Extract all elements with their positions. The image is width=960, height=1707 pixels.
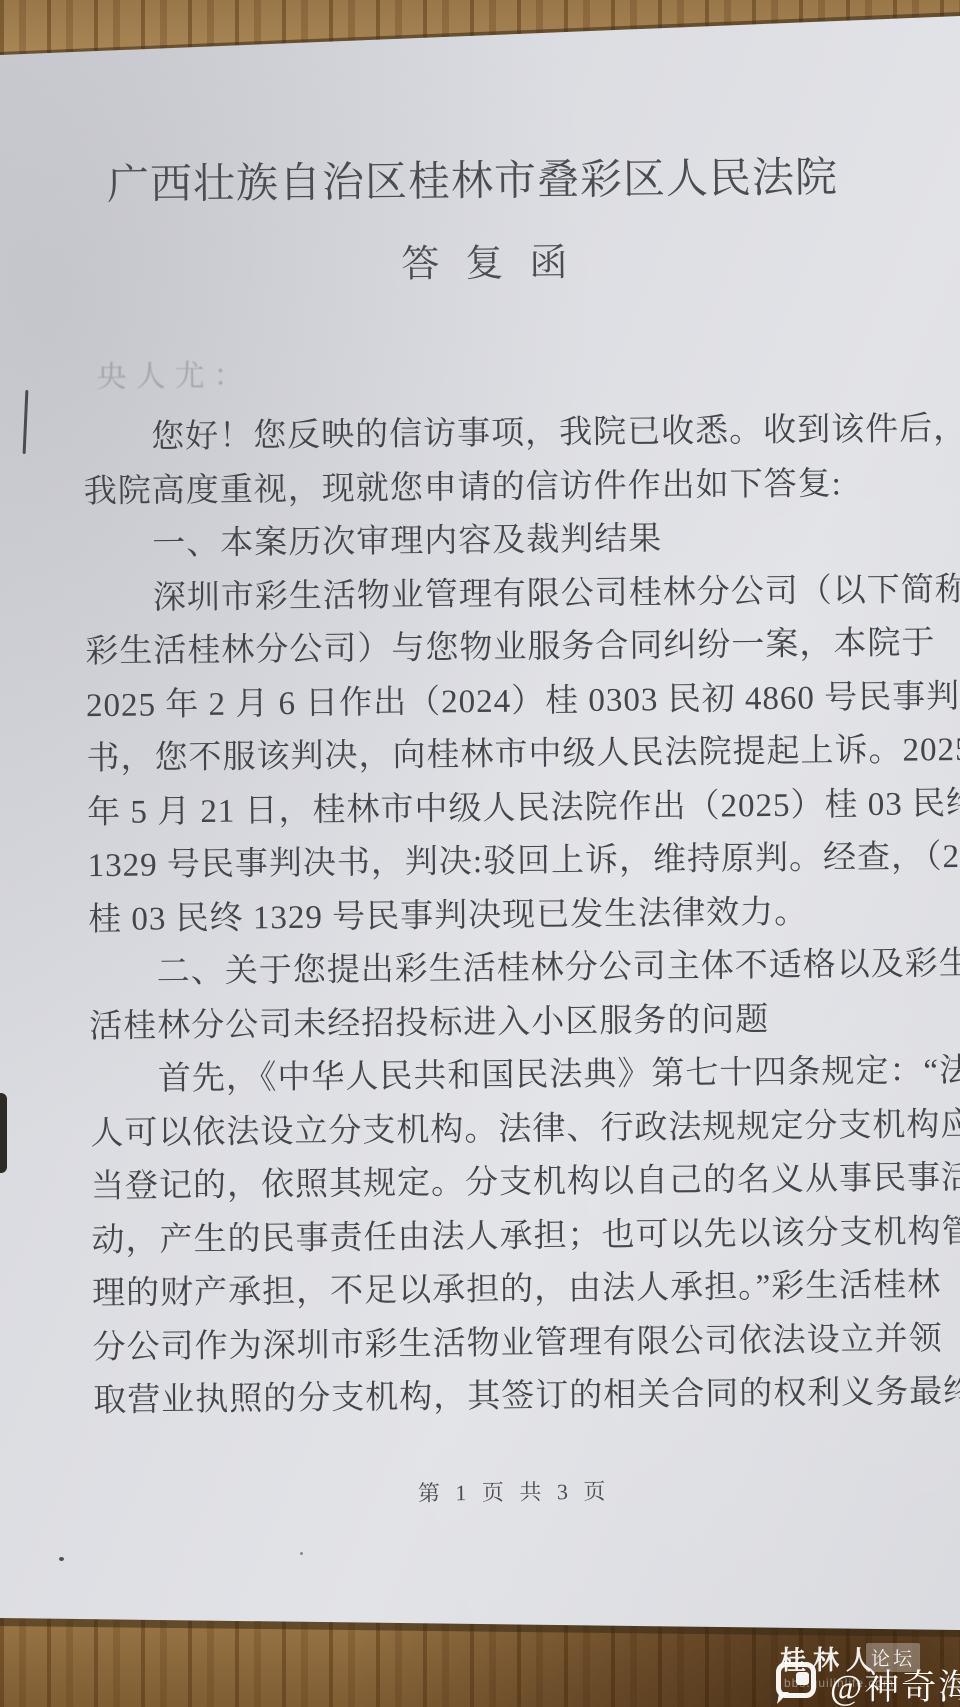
document-title: 答复函 <box>17 227 960 292</box>
document-body: 您好！您反映的信访事项，我院已收悉。收到该件后， 我院高度重视，现就您申请的信访… <box>83 403 960 1429</box>
text-line: 分公司作为深圳市彩生活物业管理有限公司依法设立并领 <box>92 1313 960 1376</box>
text-line: 1329 号民事判决书，判决:驳回上诉，维持原判。经查，（2025） <box>87 831 956 894</box>
text-line: 首先，《中华人民共和国民法典》第七十四条规定：“法 <box>90 1045 959 1108</box>
text-line: 桂 03 民终 1329 号民事判决现已发生法律效力。 <box>88 885 957 948</box>
text-line: 活桂林分公司未经招投标进入小区服务的问题 <box>89 992 958 1055</box>
text-line: 一、本案历次审理内容及裁判结果 <box>84 510 953 573</box>
text-line: 我院高度重视，现就您申请的信访件作出如下答复: <box>83 457 952 520</box>
document-content: 广西壮族自治区桂林市叠彩区人民法院 答复函 央人尤： 您好！您反映的信访事项，我… <box>0 0 960 1707</box>
text-line: 理的财产承担，不足以承担的，由法人承担。”彩生活桂林 <box>92 1259 960 1322</box>
dust-speck <box>300 1552 303 1555</box>
document-page: 广西壮族自治区桂林市叠彩区人民法院 答复函 央人尤： 您好！您反映的信访事项，我… <box>0 0 960 1707</box>
text-line: 年 5 月 21 日，桂林市中级人民法院作出（2025）桂 03 民终 <box>87 778 956 841</box>
text-line: 当登记的，依照其规定。分支机构以自己的名义从事民事活 <box>91 1152 960 1215</box>
text-line: 您好！您反映的信访事项，我院已收悉。收到该件后， <box>83 403 952 466</box>
dust-speck <box>59 1557 64 1561</box>
paper-edge-smudge <box>0 1093 7 1173</box>
page-number: 第 1 页 共 3 页 <box>94 1471 934 1511</box>
watermark: 桂林人 论坛 bbs.guilinlife.com @神奇海 <box>770 1636 960 1707</box>
text-line: 取营业执照的分支机构，其签订的相关合同的权利义务最终 <box>93 1366 960 1429</box>
text-line: 动，产生的民事责任由法人承担；也可以先以该分支机构管 <box>91 1206 960 1269</box>
text-line: 人可以依法设立分支机构。法律、行政法规规定分支机构应 <box>90 1099 959 1162</box>
watermark-author: @神奇海 <box>830 1660 960 1707</box>
court-name: 广西壮族自治区桂林市叠彩区人民法院 <box>0 143 953 213</box>
text-line: 二、关于您提出彩生活桂林分公司主体不适格以及彩生 <box>88 938 957 1001</box>
text-line: 书，您不服该判决，向桂林市中级人民法院提起上诉。2025 <box>86 724 955 787</box>
text-line: 深圳市彩生活物业管理有限公司桂林分公司（以下简称 <box>85 564 954 627</box>
text-line: 彩生活桂林分公司）与您物业服务合同纠纷一案，本院于 <box>85 617 954 680</box>
text-line: 2025 年 2 月 6 日作出（2024）桂 0303 民初 4860 号民事… <box>86 671 955 734</box>
salutation-faded: 央人尤： <box>96 350 252 396</box>
